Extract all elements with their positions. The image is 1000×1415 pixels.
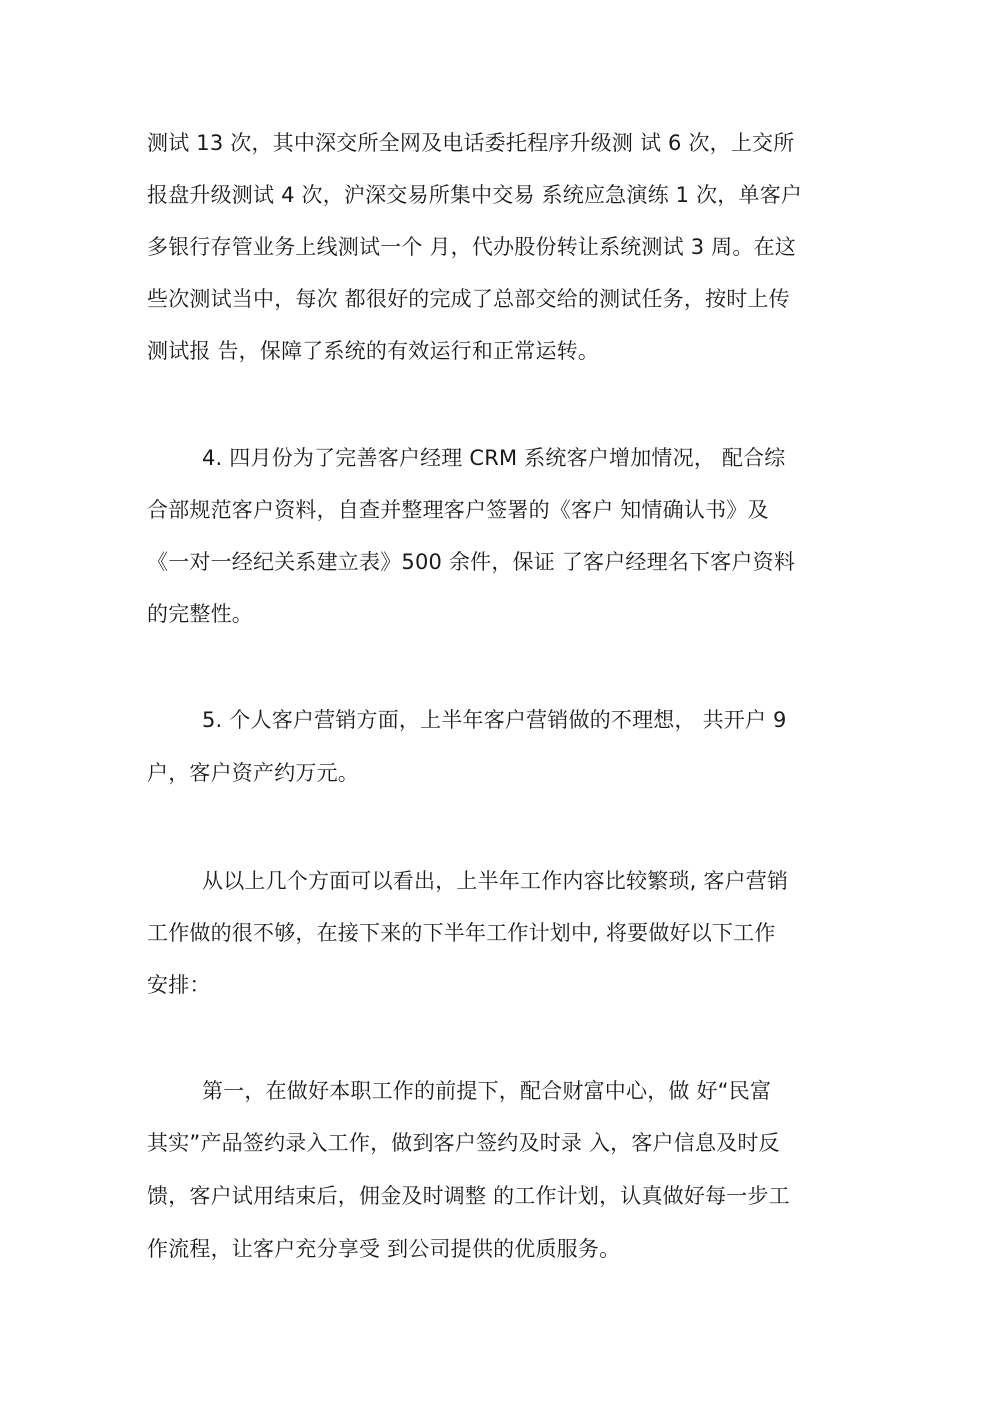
text-line: 安排：: [147, 970, 863, 1000]
text-line: 第一，在做好本职工作的前提下，配合财富中心，做 好“民富: [202, 1076, 863, 1106]
text-line: 工作做的很不够，在接下来的下半年工作计划中, 将要做好以下工作: [147, 918, 863, 948]
text-line: 5. 个人客户营销方面，上半年客户营销做的不理想， 共开户 9: [202, 705, 863, 735]
text-line: 报盘升级测试 4 次，沪深交易所集中交易 系统应急演练 1 次，单客户: [147, 180, 863, 210]
text-line: 其实”产品签约录入工作，做到客户签约及时录 入，客户信息及时反: [147, 1128, 863, 1158]
text-line: 测试 13 次，其中深交所全网及电话委托程序升级测 试 6 次，上交所: [147, 128, 863, 158]
text-line: 馈，客户试用结束后，佣金及时调整 的工作计划，认真做好每一步工: [147, 1181, 863, 1211]
text-line: 《一对一经纪关系建立表》500 余件，保证 了客户经理名下客户资料: [147, 547, 863, 577]
text-line: 些次测试当中，每次 都很好的完成了总部交给的测试任务，按时上传: [147, 284, 863, 314]
document-page: 测试 13 次，其中深交所全网及电话委托程序升级测 试 6 次，上交所 报盘升级…: [0, 0, 1000, 1415]
text-line: 多银行存管业务上线测试一个 月，代办股份转让系统测试 3 周。在这: [147, 232, 863, 262]
text-line: 合部规范客户资料，自查并整理客户签署的《客户 知情确认书》及: [147, 495, 863, 525]
text-line: 测试报 告，保障了系统的有效运行和正常运转。: [147, 336, 863, 366]
text-line: 作流程，让客户充分享受 到公司提供的优质服务。: [147, 1234, 863, 1264]
text-line: 4. 四月份为了完善客户经理 CRM 系统客户增加情况， 配合综: [202, 443, 863, 473]
text-line: 从以上几个方面可以看出，上半年工作内容比较繁琐, 客户营销: [202, 866, 863, 896]
text-line: 户，客户资产约万元。: [147, 758, 863, 788]
text-line: 的完整性。: [147, 599, 863, 629]
